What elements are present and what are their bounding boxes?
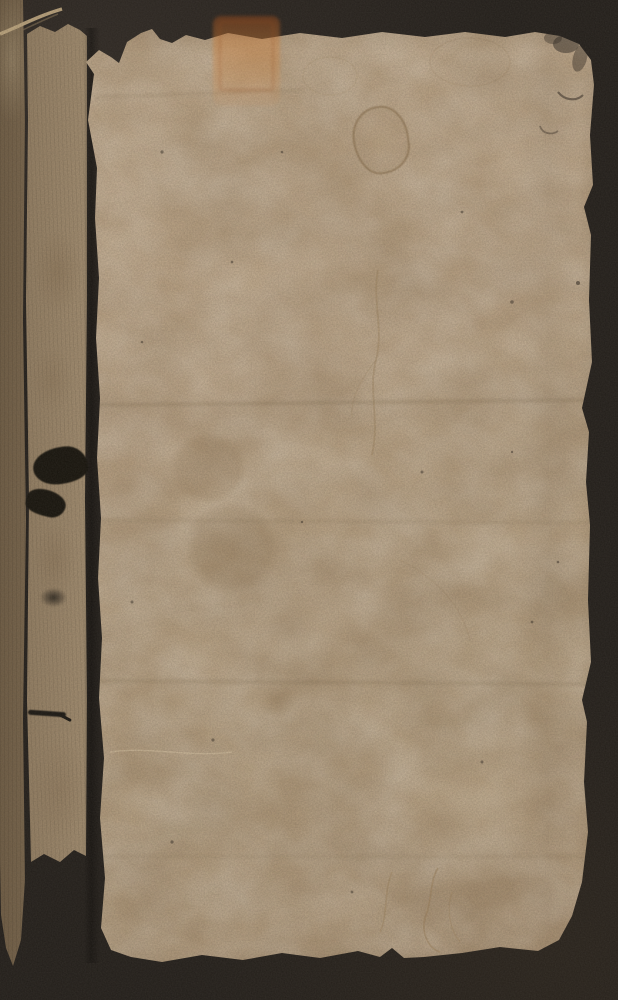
corner-smudge xyxy=(540,32,590,285)
binding-thread-icon xyxy=(0,0,90,60)
stamp-remnant xyxy=(213,16,280,106)
worm-specks xyxy=(131,150,560,893)
tide-line xyxy=(352,270,470,640)
stamp-frame xyxy=(219,21,274,91)
scan-background xyxy=(0,0,618,1000)
leaf-blotch xyxy=(40,588,67,607)
stain-outline xyxy=(110,38,510,952)
